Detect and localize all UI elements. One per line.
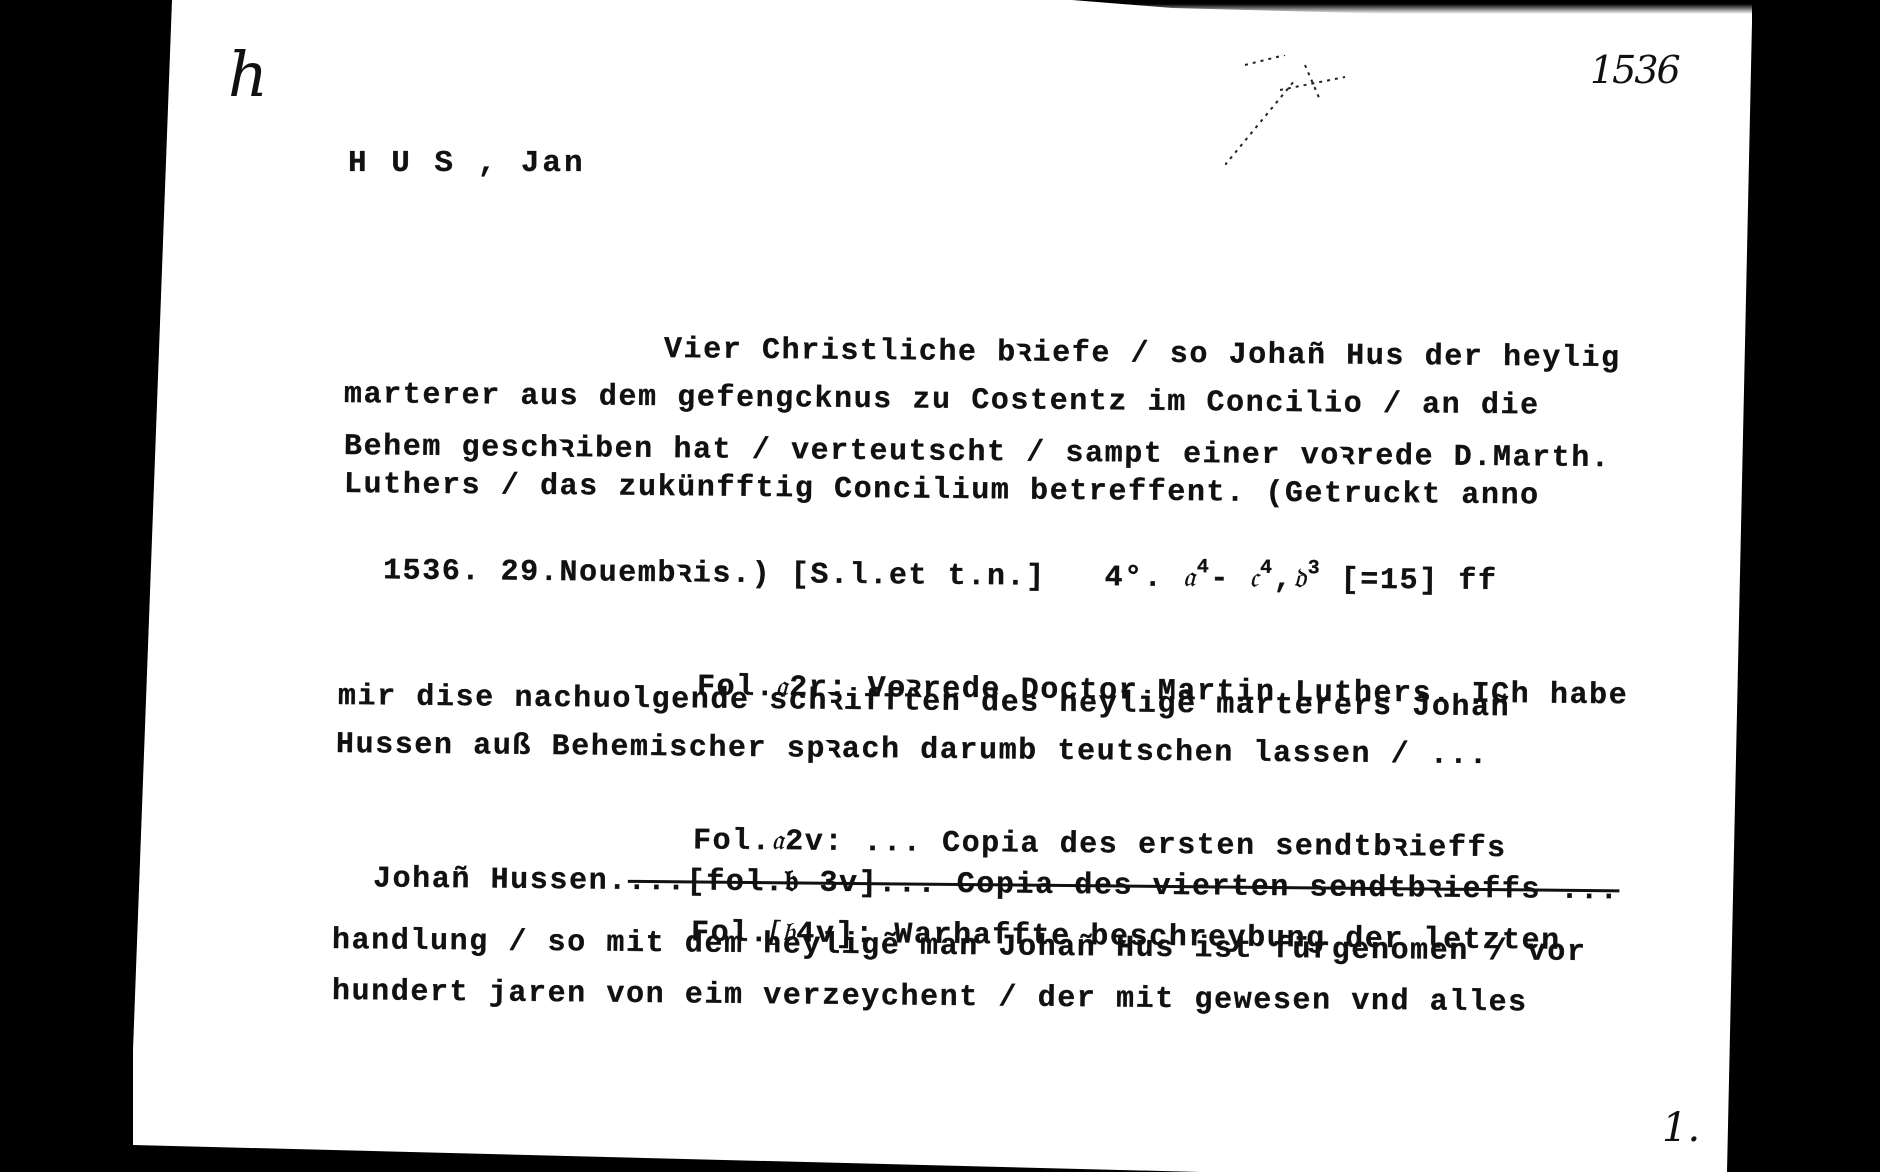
collation-sig-c: 𝔠 bbox=[1249, 561, 1260, 594]
imprint-line: 1536. 29.Nouembꝛis.) [S.l.et t.n.] 4°. 𝔞… bbox=[344, 512, 1498, 599]
collation-sig-d: 𝔡 bbox=[1293, 561, 1308, 594]
imprint-text: 1536. 29.Nouembꝛis.) [S.l.et t.n.] bbox=[383, 554, 1046, 594]
heading-author: H U S , Jan bbox=[348, 146, 586, 181]
collation-sig-a: 𝔞 bbox=[1183, 560, 1197, 593]
margin-note-top-left: h bbox=[228, 38, 268, 111]
pencil-scribble-icon bbox=[1225, 55, 1365, 165]
page-number: 1. bbox=[1662, 1105, 1700, 1151]
collation-leaves: [=15] ff bbox=[1341, 564, 1498, 600]
collation-format: 4°. bbox=[1104, 561, 1163, 596]
margin-note-shelfmark: 1536 bbox=[1590, 48, 1679, 92]
